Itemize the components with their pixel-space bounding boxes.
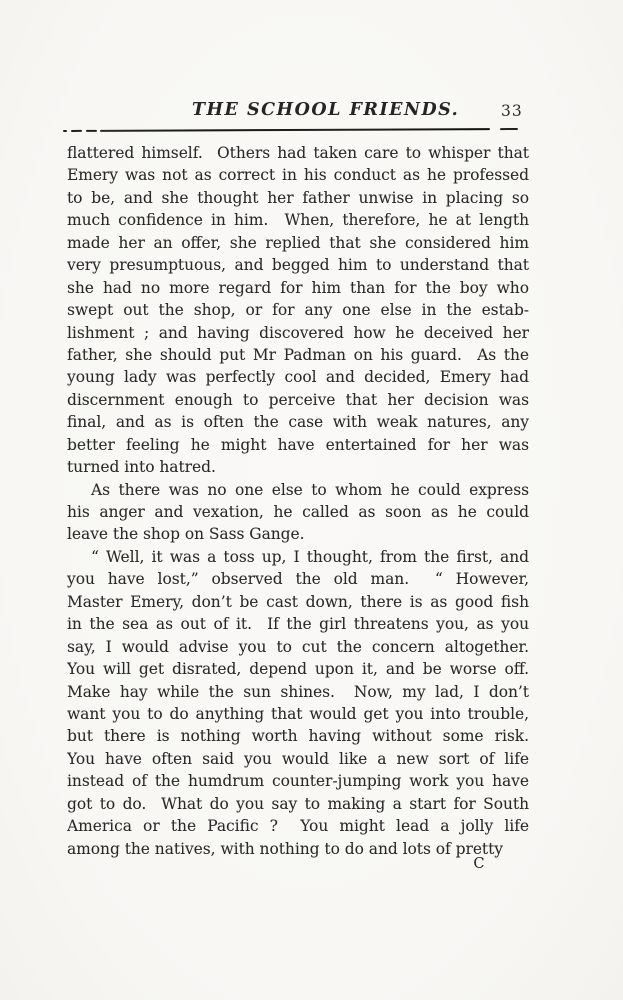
text-line: leave the shop on Sass Gange. [67, 523, 529, 545]
rule-dash [63, 130, 67, 132]
text-line: instead of the humdrum counter-jumping w… [67, 770, 529, 792]
text-line: You have often said you would like a new… [67, 748, 529, 770]
text-line: flattered himself. Others had taken care… [67, 142, 529, 164]
page-text: flattered himself. Others had taken care… [67, 142, 529, 875]
text-line: she had no more regard for him than for … [67, 277, 529, 299]
text-line: but there is nothing worth having withou… [67, 725, 529, 747]
book-page: THE SCHOOL FRIENDS. 33 flattered himself… [0, 0, 623, 1000]
rule-dash [86, 130, 97, 132]
text-line: discernment enough to perceive that her … [67, 389, 529, 411]
text-line: you have lost,” observed the old man. “ … [67, 568, 529, 590]
text-line: to be, and she thought her father unwise… [67, 187, 529, 209]
paragraph: As there was no one else to whom he coul… [67, 479, 529, 546]
header-rule [63, 127, 518, 133]
page-number: 33 [501, 102, 523, 120]
text-line: much confidence in him. When, therefore,… [67, 209, 529, 231]
text-line: his anger and vexation, he called as soo… [67, 501, 529, 523]
running-header-title: THE SCHOOL FRIENDS. [192, 100, 459, 120]
rule-dash [500, 128, 518, 130]
text-line: in the sea as out of it. If the girl thr… [67, 613, 529, 635]
text-line: lishment ; and having discovered how he … [67, 322, 529, 344]
text-line: among the natives, with nothing to do an… [67, 838, 529, 860]
text-line: father, she should put Mr Padman on his … [67, 344, 529, 366]
text-line: made her an offer, she replied that she … [67, 232, 529, 254]
text-line: say, I would advise you to cut the conce… [67, 636, 529, 658]
text-line: America or the Pacific ? You might lead … [67, 815, 529, 837]
signature-mark: C [473, 856, 485, 872]
text-line: Master Emery, don’t be cast down, there … [67, 591, 529, 613]
text-line: “ Well, it was a toss up, I thought, fro… [67, 546, 529, 568]
text-line: You will get disrated, depend upon it, a… [67, 658, 529, 680]
text-line: swept out the shop, or for any one else … [67, 299, 529, 321]
text-line: turned into hatred. [67, 456, 529, 478]
text-line: Make hay while the sun shines. Now, my l… [67, 681, 529, 703]
text-line: very presumptuous, and begged him to und… [67, 254, 529, 276]
text-line: want you to do anything that would get y… [67, 703, 529, 725]
text-line: better feeling he might have entertained… [67, 434, 529, 456]
paragraph: flattered himself. Others had taken care… [67, 142, 529, 479]
text-line: got to do. What do you say to making a s… [67, 793, 529, 815]
paragraph: “ Well, it was a toss up, I thought, fro… [67, 546, 529, 860]
rule-dash [71, 130, 82, 132]
text-line: young lady was perfectly cool and decide… [67, 366, 529, 388]
text-line: As there was no one else to whom he coul… [67, 479, 529, 501]
text-line: final, and as is often the case with wea… [67, 411, 529, 433]
text-line: Emery was not as correct in his conduct … [67, 164, 529, 186]
rule-line [100, 128, 490, 132]
